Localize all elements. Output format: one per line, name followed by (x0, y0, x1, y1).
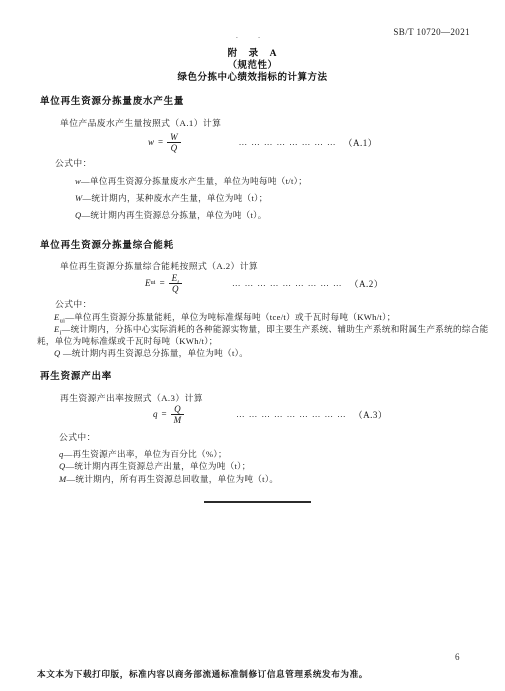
equals-sign: = (158, 137, 163, 147)
definition-line: Q —统计期内再生资源总分拣量，单位为吨（t）。 (54, 348, 248, 360)
equals-sign: = (162, 409, 167, 419)
definition-line: w—单位再生资源分拣量废水产生量，单位为吨每吨（t/t）； (75, 176, 307, 188)
definition-text: —单位再生资源分拣量能耗，单位为吨标准煤每吨（tce/t）或千瓦时每吨（KWh/… (65, 312, 395, 322)
definition-line: Q—统计期内再生资源总产出量，单位为吨（t）； (59, 461, 251, 471)
definition-text: —统计期内再生资源总分拣量，单位为吨（t）。 (61, 348, 249, 358)
formula-label: （A.3） (354, 408, 388, 421)
formula-lhs: w (148, 137, 154, 147)
formula-label: （A.1） (343, 136, 377, 149)
definition-text: —单位再生资源分拣量废水产生量，单位为吨每吨（t/t）； (81, 176, 307, 186)
formula-label: （A.2） (349, 277, 383, 290)
section-heading: 单位再生资源分拣量废水产生量 (40, 93, 184, 107)
equals-sign: = (160, 278, 165, 288)
scan-dot-marks: · · (0, 34, 505, 42)
fraction-denominator: Q (169, 283, 182, 294)
definition-line: M—统计期内，所有再生资源总回收量，单位为吨（t）。 (59, 474, 278, 484)
footer-note: 本文本为下载打印版，标准内容以商务部流通标准制修订信息管理系统发布为准。 (37, 668, 368, 680)
fraction: EiQ (169, 273, 182, 294)
formula-a3: q=QM … … … … … … … … … （A.3） (153, 402, 387, 426)
fraction: WQ (167, 132, 181, 153)
definition-text: —统计期内再生资源总产出量，单位为吨（t）； (66, 461, 251, 471)
formula-dots: … … … … … … … … … (232, 278, 343, 288)
definition-text: —统计期内，某种废水产生量，单位为吨（t）； (82, 193, 267, 203)
where-label: 公式中： (59, 432, 96, 444)
appendix-subtitle: 绿色分拣中心绩效指标的计算方法 (0, 69, 505, 83)
fraction: QM (171, 404, 185, 425)
formula-dots: … … … … … … … … … (236, 409, 347, 419)
page-number: 6 (455, 652, 460, 662)
fraction-denominator: Q (167, 142, 181, 153)
definition-line: Eui—单位再生资源分拣量能耗，单位为吨标准煤每吨（tce/t）或千瓦时每吨（K… (54, 312, 502, 324)
end-of-text-rule (204, 501, 311, 503)
definition-text: —统计期内再生资源总分拣量，单位为吨（t）。 (82, 210, 267, 220)
formula-a1: w=WQ … … … … … … … … （A.1） (148, 130, 377, 154)
formula-lhs: E (145, 278, 151, 288)
fraction-numerator: Ei (169, 273, 182, 283)
section-intro: 单位产品废水产生量按照式（A.1）计算 (60, 118, 221, 130)
definition-line: q—再生资源产出率，单位为百分比（%）； (59, 449, 227, 459)
document-page: SB/T 10720—2021 · · 附 录 A （规范性） 绿色分拣中心绩效… (0, 0, 505, 691)
where-label: 公式中： (55, 299, 92, 311)
formula-dots: … … … … … … … … (239, 137, 337, 147)
section-heading: 单位再生资源分拣量综合能耗 (40, 237, 174, 251)
definition-line: W—统计期内，某种废水产生量，单位为吨（t）； (75, 193, 268, 205)
definition-text: —统计期内，分拣中心实际消耗的各种能源实物量，即主要生产系统、辅助生产系统和附属… (37, 324, 489, 346)
section-heading: 再生资源产出率 (40, 368, 112, 382)
definition-text: —再生资源产出率，单位为百分比（%）； (64, 449, 227, 459)
definition-text: —统计期内，所有再生资源总回收量，单位为吨（t）。 (66, 474, 278, 484)
definition-line: Ei—统计期内，分拣中心实际消耗的各种能源实物量，即主要生产系统、辅助生产系统和… (37, 324, 489, 347)
fraction-denominator: M (171, 414, 185, 425)
formula-a2: Eui=EiQ … … … … … … … … … （A.2） (145, 271, 383, 295)
fraction-numerator: W (167, 132, 181, 142)
where-label: 公式中： (55, 158, 92, 170)
fraction-numerator: Q (171, 404, 185, 414)
definition-line: Q—统计期内再生资源总分拣量，单位为吨（t）。 (75, 210, 267, 222)
formula-lhs: q (153, 409, 158, 419)
